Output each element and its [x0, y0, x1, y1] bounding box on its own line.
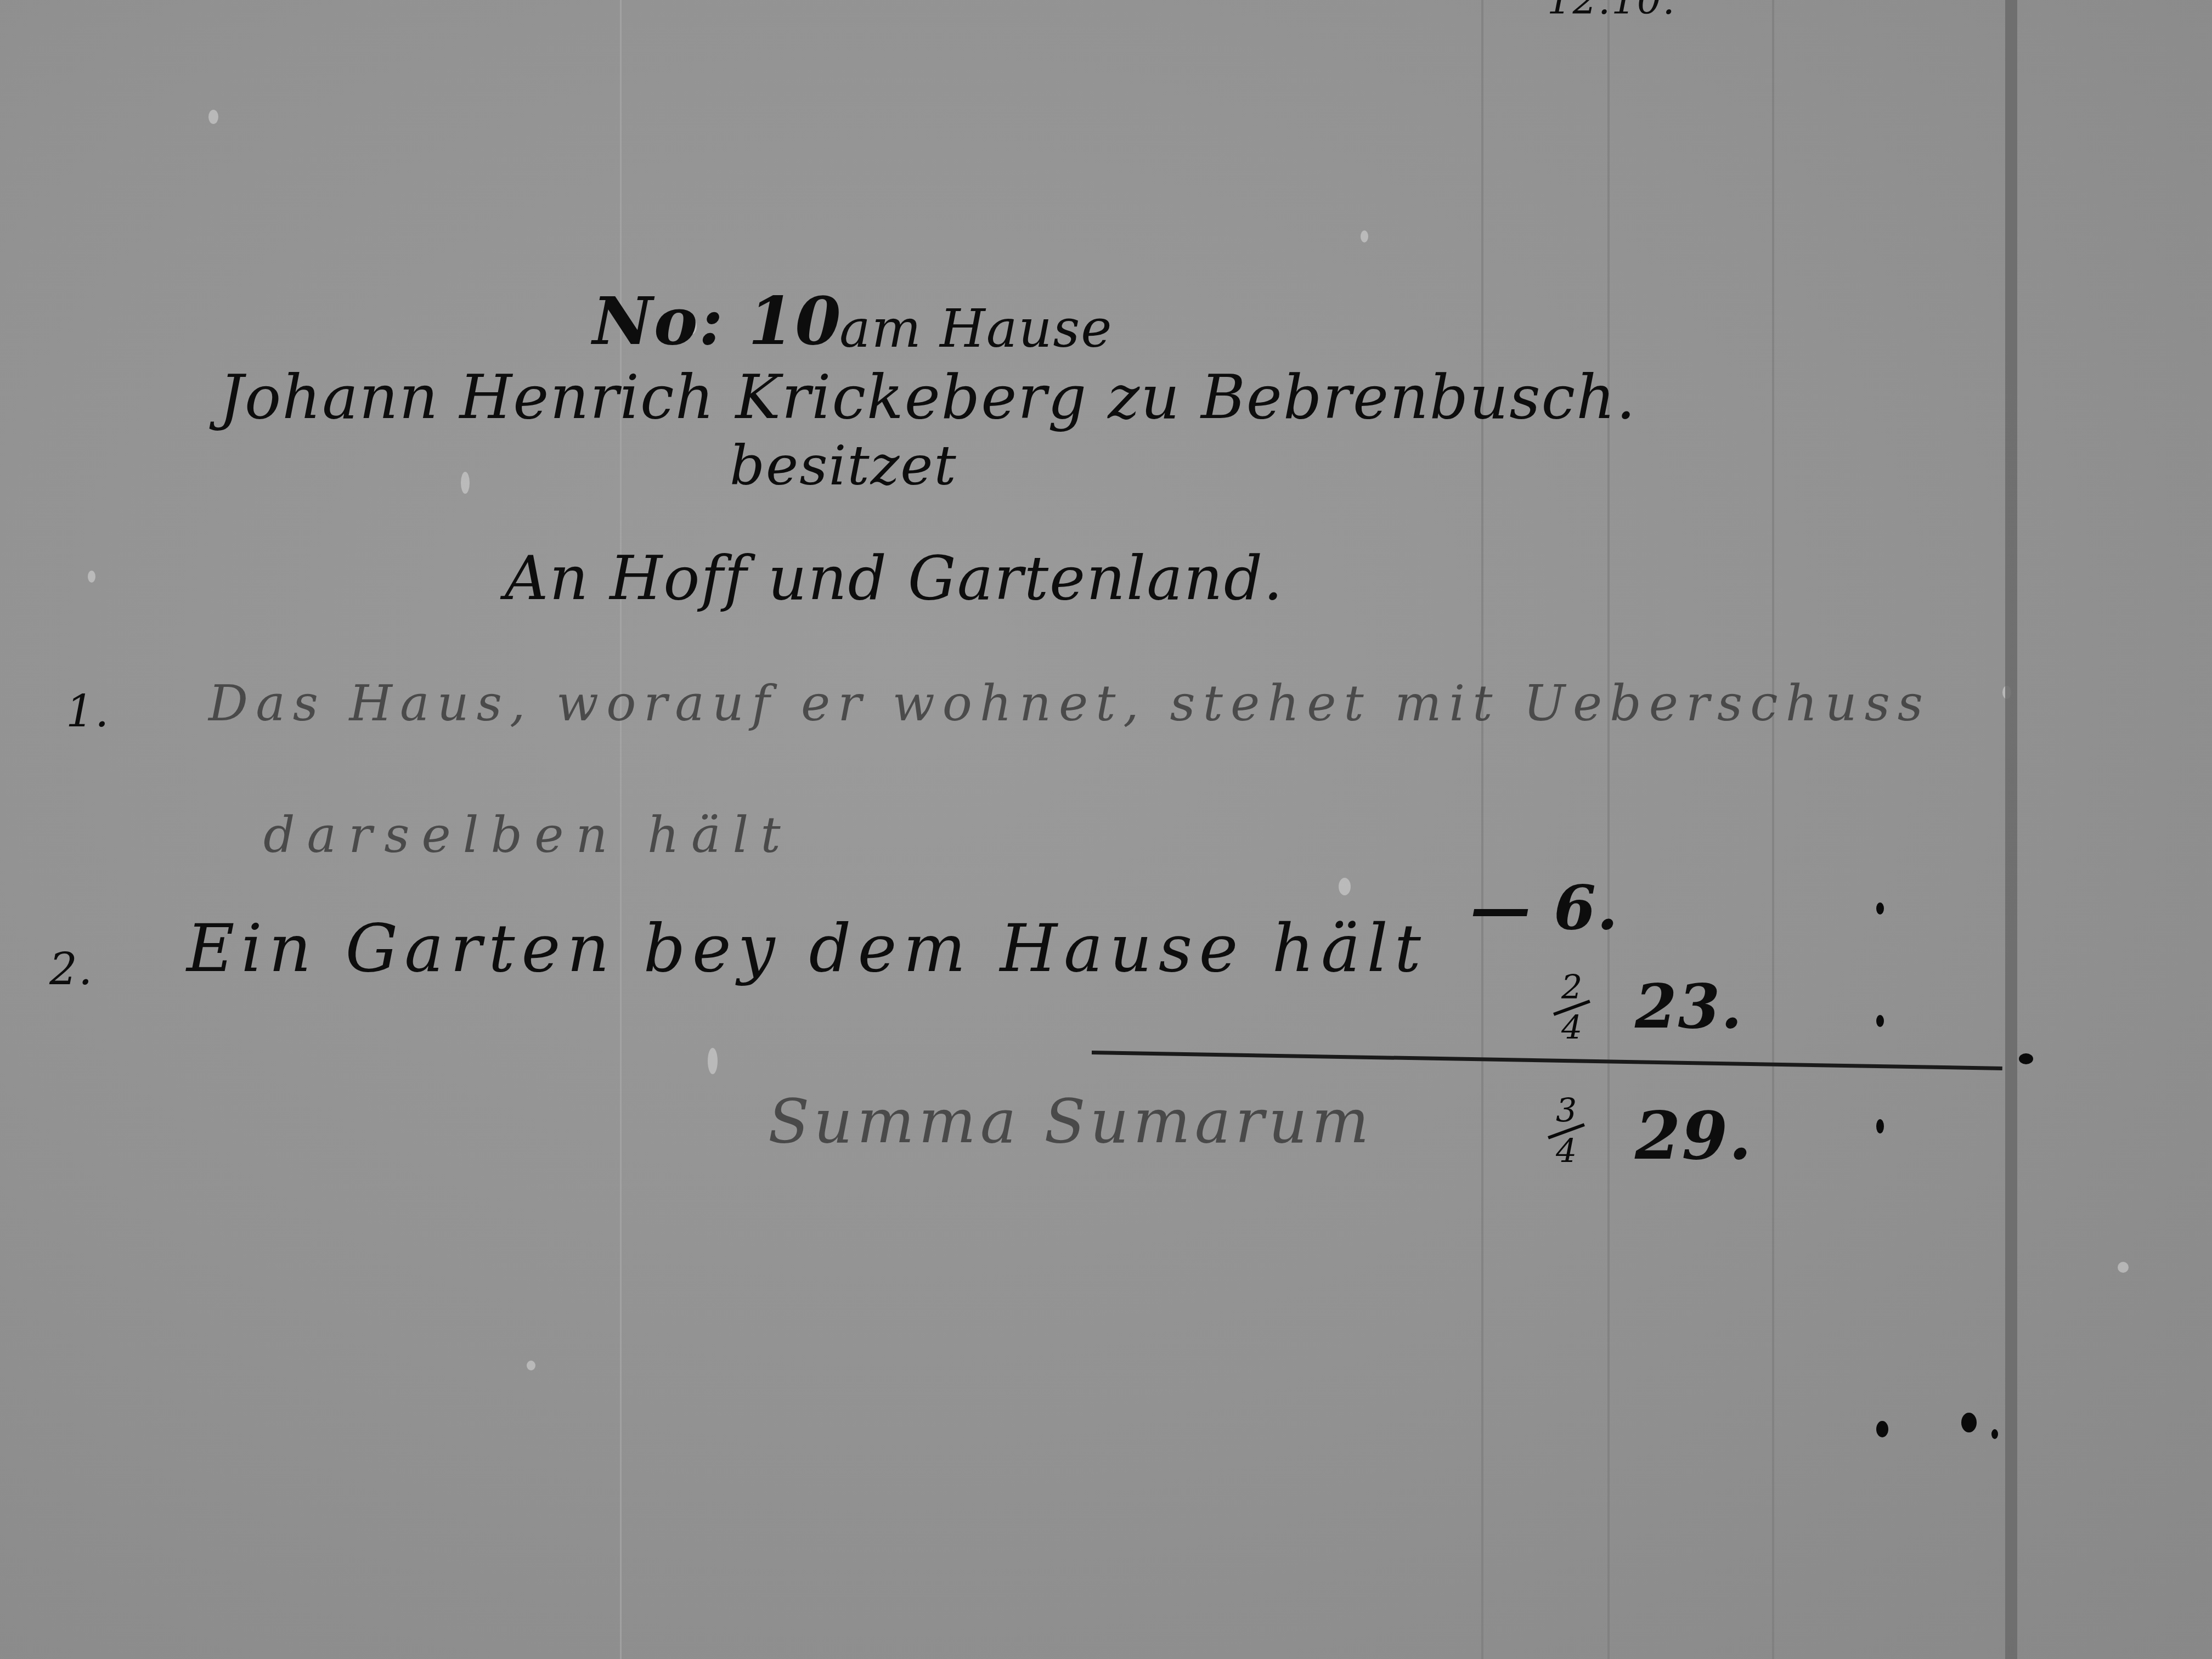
total-fraction-numerator: 3	[1556, 1094, 1577, 1127]
entry-1-text-line2: darselben hält	[263, 806, 793, 864]
margin-mark	[2019, 1053, 2033, 1064]
entry-1-text-line1: Das Haus, worauf er wohnet, stehet mit U…	[208, 675, 1931, 732]
paper-speck	[1361, 230, 1368, 242]
entry-2-fraction: 2 4	[1553, 971, 1591, 1045]
entry-2-text-line1: Ein Garten bey dem Hause hält	[187, 911, 1427, 987]
column-ruling	[1481, 0, 1483, 1659]
category-heading: An Hoff und Gartenland.	[505, 543, 1284, 613]
entry-2-fraction-denominator: 4	[1561, 1012, 1582, 1045]
owner-line: Johann Henrich Krickeberg zu Bebrenbusch…	[219, 362, 1637, 432]
column-ruling	[1607, 0, 1610, 1659]
ink-dot	[1991, 1429, 1998, 1439]
ink-dot	[1876, 1421, 1888, 1437]
margin-ruling	[2005, 0, 2017, 1659]
total-fraction-denominator: 4	[1556, 1135, 1577, 1168]
total-trailing-mark	[1876, 1119, 1884, 1133]
paper-speck	[708, 1048, 718, 1074]
location-note: am Hause	[839, 299, 1113, 359]
total-label: Summa Sumarum	[768, 1086, 1373, 1156]
total-fraction: 3 4	[1547, 1094, 1585, 1168]
total-amount: 29.	[1635, 1097, 1753, 1175]
paper-speck	[461, 472, 470, 494]
entry-2-marker: 2.	[49, 944, 93, 995]
entry-1-amount: — 6.	[1470, 872, 1619, 943]
entry-2-amount: 23.	[1635, 971, 1743, 1042]
sum-underline	[1092, 1051, 2002, 1070]
column-ruling	[1772, 0, 1774, 1659]
verb-line: besitzet	[730, 433, 957, 498]
entry-1-trailing-mark	[1876, 902, 1884, 915]
paper-speck	[208, 110, 218, 124]
entry-2-trailing-mark	[1876, 1015, 1884, 1027]
top-fragment-text: 12.10.	[1547, 0, 1676, 23]
paper-speck	[88, 571, 95, 583]
ink-dot	[1961, 1413, 1977, 1432]
entry-number: No: 10	[592, 283, 842, 360]
paper-speck	[2118, 1262, 2129, 1273]
paper-speck	[1339, 878, 1351, 895]
entry-1-marker: 1.	[66, 686, 110, 737]
entry-2-fraction-numerator: 2	[1561, 971, 1582, 1004]
paper-speck	[527, 1361, 535, 1370]
document-page: 12.10. No: 10 am Hause Johann Henrich Kr…	[0, 0, 2212, 1659]
